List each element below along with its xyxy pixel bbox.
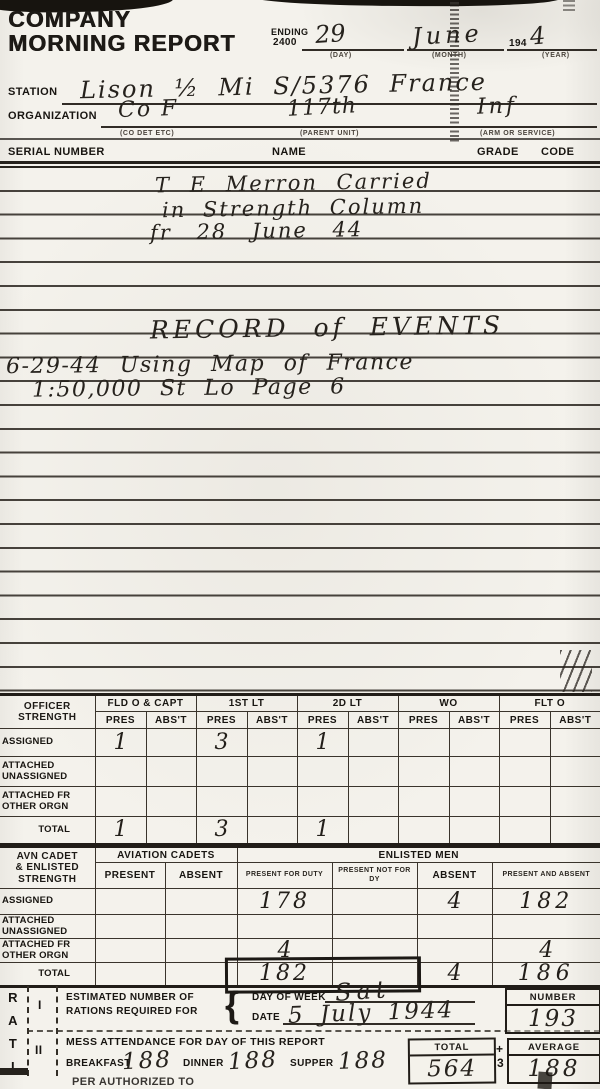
vertical-letter: T xyxy=(9,1036,17,1051)
cell xyxy=(237,915,332,939)
breakfast-value: 188 xyxy=(121,1047,172,1076)
number-label: NUMBER xyxy=(507,990,599,1006)
mess-title: MESS ATTENDANCE FOR DAY OF THIS REPORT xyxy=(66,1036,325,1048)
divide-plus: + xyxy=(496,1042,503,1056)
cell xyxy=(247,817,297,845)
month-value: June xyxy=(411,19,483,51)
hdr-present-not-for-dy: PRESENT NOT FOR DY xyxy=(332,863,417,889)
row-label-assigned: ASSIGNED xyxy=(0,729,95,757)
date-label: DATE xyxy=(252,1012,280,1023)
year-value: 4 xyxy=(529,21,547,50)
cell xyxy=(146,757,196,787)
cell xyxy=(146,817,196,845)
hdr-abst: ABS'T xyxy=(247,712,297,729)
enlisted-corner-line1: AVN CADET xyxy=(0,851,95,863)
row-label-assigned: ASSIGNED xyxy=(0,889,95,915)
cell xyxy=(95,939,165,963)
enlisted-corner-header: AVN CADET & ENLISTED STRENGTH xyxy=(0,847,95,889)
group-flt-o: FLT O xyxy=(499,695,600,712)
rations-vertical-label: R A T I xyxy=(4,990,22,1074)
cell xyxy=(417,939,492,963)
scan-mark-top-right xyxy=(563,0,575,12)
cell xyxy=(499,787,550,817)
hdr-present-and-absent: PRESENT AND ABSENT xyxy=(492,863,600,889)
cell: 4 xyxy=(417,889,492,915)
col-name: NAME xyxy=(272,146,306,158)
cell xyxy=(247,787,297,817)
cell: 186 xyxy=(492,963,600,987)
officer-corner-line2: STRENGTH xyxy=(0,712,95,724)
cell: 3 xyxy=(196,729,247,757)
cell xyxy=(449,729,499,757)
cell: 1 xyxy=(95,729,146,757)
cell xyxy=(146,729,196,757)
scan-smudge-top-center xyxy=(250,0,560,7)
row-label-attached-unassigned: ATTACHED UNASSIGNED xyxy=(0,757,95,787)
cell: 4 xyxy=(492,939,600,963)
hdr-abst: ABS'T xyxy=(449,712,499,729)
group-wo: WO xyxy=(398,695,499,712)
cell: 182 xyxy=(492,889,600,915)
cell xyxy=(95,787,146,817)
cell xyxy=(196,757,247,787)
cell xyxy=(348,787,398,817)
events-line2: 1:50,000 St Lo Page 6 xyxy=(32,374,346,402)
total-value: 564 xyxy=(410,1056,494,1083)
hdr-present-for-duty: PRESENT FOR DUTY xyxy=(237,863,332,889)
month-sub-label: (MONTH) xyxy=(432,52,467,59)
cell: 1 xyxy=(95,817,146,845)
bottom-left-bar xyxy=(0,1068,28,1075)
cell xyxy=(550,817,600,845)
events-line1: 6-29-44 Using Map of France xyxy=(6,350,414,379)
hdr-absent: ABSENT xyxy=(165,863,237,889)
cell xyxy=(449,787,499,817)
cell xyxy=(499,817,550,845)
enlisted-corner-line2: & ENLISTED xyxy=(0,862,95,874)
supper-value: 188 xyxy=(338,1047,389,1075)
hdr-pres: PRES xyxy=(196,712,247,729)
row-label-attached-unassigned: ATTACHED UNASSIGNED xyxy=(0,915,95,939)
ending-time: 2400 xyxy=(273,37,297,48)
col-code: CODE xyxy=(541,146,574,158)
cell xyxy=(499,757,550,787)
cell xyxy=(550,757,600,787)
cell xyxy=(247,757,297,787)
cell xyxy=(196,787,247,817)
cell xyxy=(95,889,165,915)
rations-row1-numeral: I xyxy=(38,998,42,1012)
day-value: 29 xyxy=(314,19,346,49)
col-grade: GRADE xyxy=(477,146,519,158)
form-title-line1: COMPANY xyxy=(8,6,131,33)
year-sub-label: (YEAR) xyxy=(542,52,570,59)
hdr-pres: PRES xyxy=(297,712,348,729)
divide-three: 3 xyxy=(497,1056,504,1070)
cell xyxy=(398,757,449,787)
vertical-letter: R xyxy=(8,990,18,1005)
cell xyxy=(499,729,550,757)
total-box: TOTAL 564 xyxy=(408,1038,496,1085)
cell xyxy=(550,729,600,757)
organization-parent-sub: (PARENT UNIT) xyxy=(300,130,359,137)
supper-label: SUPPER xyxy=(290,1058,334,1069)
average-label: AVERAGE xyxy=(509,1040,599,1056)
row-label-attached-fr-other-orgn: ATTACHED FR OTHER ORGN xyxy=(0,939,95,963)
cell xyxy=(297,787,348,817)
cell xyxy=(348,817,398,845)
cell xyxy=(492,915,600,939)
cell xyxy=(247,729,297,757)
organization-company: Co F xyxy=(118,96,179,123)
vertical-letter: A xyxy=(8,1013,18,1028)
group-1st-lt: 1ST LT xyxy=(196,695,297,712)
hdr-present: PRESENT xyxy=(95,863,165,889)
hdr-pres: PRES xyxy=(398,712,449,729)
cell xyxy=(146,787,196,817)
dinner-label: DINNER xyxy=(183,1058,224,1069)
officer-corner-line1: OFFICER xyxy=(0,701,95,713)
year-printed: 194 xyxy=(509,38,527,49)
col-serial-number: SERIAL NUMBER xyxy=(8,146,105,158)
roster-note-line3: fr 28 June 44 xyxy=(150,217,364,245)
number-value: 193 xyxy=(507,1006,599,1032)
cell: 3 xyxy=(196,817,247,845)
cell xyxy=(417,915,492,939)
enlisted-corner-line3: STRENGTH xyxy=(0,874,95,886)
cell xyxy=(449,757,499,787)
footer-cutoff-text: PER AUTHORIZED TO xyxy=(72,1076,194,1088)
cell xyxy=(348,757,398,787)
group-enlisted-men: ENLISTED MEN xyxy=(237,847,600,863)
morning-report-scan: COMPANY MORNING REPORT ENDING 2400 29 Ju… xyxy=(0,0,600,1089)
row-label-total: TOTAL xyxy=(0,963,95,987)
cell xyxy=(95,963,165,987)
number-box: NUMBER 193 xyxy=(505,988,600,1034)
hdr-pres: PRES xyxy=(95,712,146,729)
cell xyxy=(95,757,146,787)
brace: { xyxy=(225,984,239,1026)
officer-strength-table: OFFICER STRENGTH FLD O & CAPT 1ST LT 2D … xyxy=(0,693,600,846)
cell xyxy=(398,729,449,757)
scan-smudge-bottom-right xyxy=(537,1072,552,1089)
cell: 178 xyxy=(237,889,332,915)
form-title-line2: MORNING REPORT xyxy=(8,30,235,57)
ruled-writing-area xyxy=(0,168,600,693)
divider-rule xyxy=(0,138,600,140)
events-heading: RECORD of EVENTS xyxy=(150,311,504,345)
estimated-label-line2: RATIONS REQUIRED FOR xyxy=(66,1006,198,1017)
roster-note-line1: T E Merron Carried xyxy=(155,169,432,198)
total-label: TOTAL xyxy=(410,1040,494,1057)
cell xyxy=(332,889,417,915)
rations-row2-numeral: II xyxy=(35,1043,42,1057)
row-label-total: TOTAL xyxy=(0,817,95,845)
cell: 1 xyxy=(297,729,348,757)
cell xyxy=(348,729,398,757)
hdr-absent2: ABSENT xyxy=(417,863,492,889)
officer-corner-header: OFFICER STRENGTH xyxy=(0,695,95,729)
group-2d-lt: 2D LT xyxy=(297,695,398,712)
row-label-attached-fr-other-orgn: ATTACHED FR OTHER ORGN xyxy=(0,787,95,817)
organization-label: ORGANIZATION xyxy=(8,110,97,122)
organization-parent: 117th xyxy=(286,93,357,122)
cell xyxy=(398,817,449,845)
group-fld-o-capt: FLD O & CAPT xyxy=(95,695,196,712)
organization-arm-sub: (ARM OR SERVICE) xyxy=(480,130,555,137)
cell xyxy=(95,915,165,939)
station-label: STATION xyxy=(8,86,57,98)
cell xyxy=(449,817,499,845)
hdr-abst: ABS'T xyxy=(550,712,600,729)
cell: 1 xyxy=(297,817,348,845)
dinner-value: 188 xyxy=(227,1047,278,1076)
roster-rule-heavy xyxy=(0,161,600,164)
average-value: 188 xyxy=(509,1056,599,1082)
cell xyxy=(165,915,237,939)
cell xyxy=(332,915,417,939)
group-aviation-cadets: AVIATION CADETS xyxy=(95,847,237,863)
organization-arm: Inf xyxy=(477,93,518,119)
cell xyxy=(550,787,600,817)
organization-company-sub: (CO DET ETC) xyxy=(120,130,174,137)
cell xyxy=(165,889,237,915)
hdr-pres: PRES xyxy=(499,712,550,729)
hdr-abst: ABS'T xyxy=(146,712,196,729)
cell xyxy=(297,757,348,787)
cell xyxy=(398,787,449,817)
day-sub-label: (DAY) xyxy=(330,52,352,59)
average-box: AVERAGE 188 xyxy=(507,1038,600,1084)
estimated-label-line1: ESTIMATED NUMBER OF xyxy=(66,992,194,1003)
hdr-abst: ABS'T xyxy=(348,712,398,729)
